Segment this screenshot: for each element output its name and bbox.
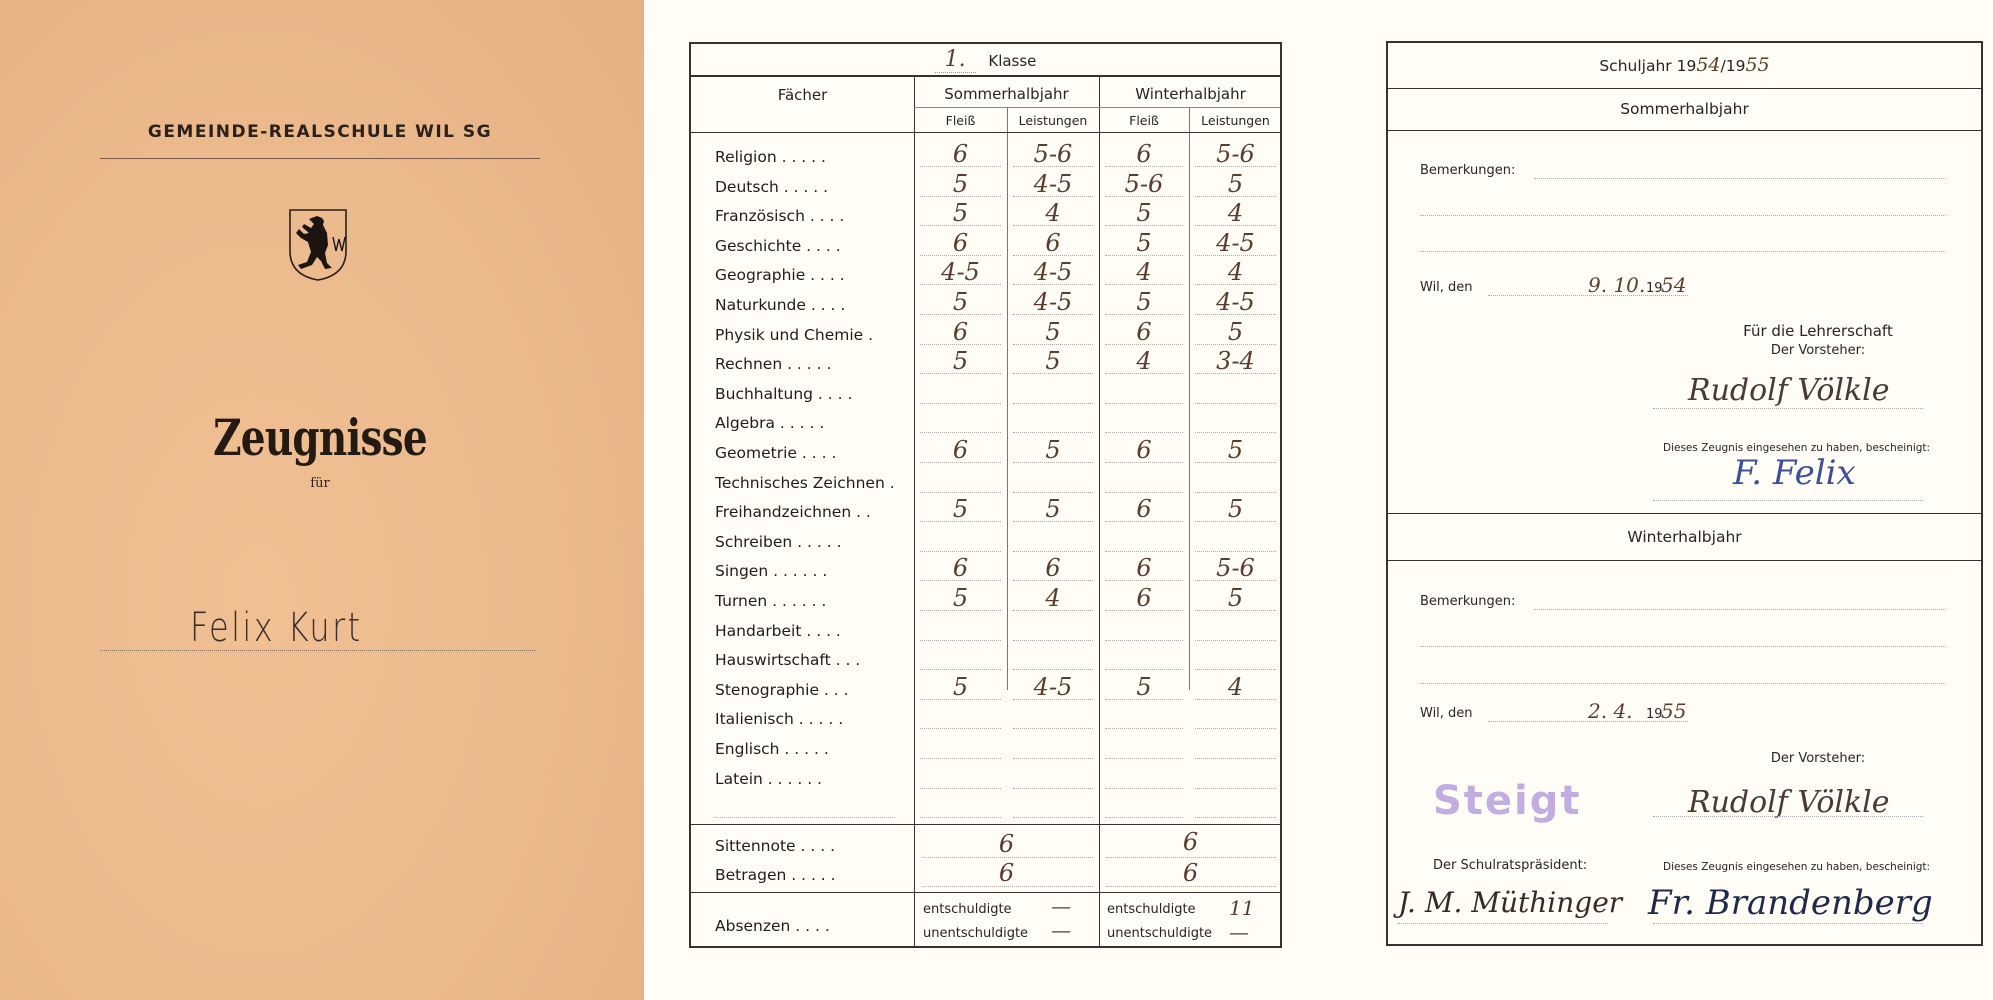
summer-date: 9. 10. (1588, 273, 1645, 297)
dotted-line (1195, 758, 1276, 759)
grade-cell: 4-5 (1007, 290, 1099, 314)
grade-cell: 5 (914, 201, 1007, 225)
dotted-line (1105, 758, 1183, 759)
grade-cell: 5 (1189, 172, 1282, 196)
dotted-line (1195, 492, 1276, 493)
grade-cell: 5 (1099, 201, 1189, 225)
dotted-line (1195, 817, 1276, 818)
grade-sittennote-winter: 6 (1099, 830, 1282, 854)
winter-parent-ack-label: Dieses Zeugnis eingesehen zu haben, besc… (1663, 861, 1930, 873)
winter-unexcused-label: unentschuldigte (1107, 926, 1212, 941)
grade-cell: 5 (914, 675, 1007, 699)
dotted-line (920, 492, 1001, 493)
summer-remarks-line-2 (1420, 215, 1946, 216)
subject-label: Latein . . . . . . (715, 770, 905, 788)
grade-cell: 6 (1007, 556, 1099, 580)
winter-excused-value: 11 (1229, 896, 1254, 920)
summer-principal-signature: Rudolf Völkle (1688, 373, 1890, 408)
report-cover: GEMEINDE-REALSCHULE WIL SG Zeugnisse für… (0, 0, 644, 1000)
grade-cell: 6 (1099, 586, 1189, 610)
winter-excused-label: entschuldigte (1107, 902, 1196, 917)
dotted-line (1013, 492, 1093, 493)
blank-subject-line (715, 817, 895, 818)
subject-label: Geschichte . . . . (715, 237, 905, 255)
promotion-stamp: Steigt (1433, 778, 1582, 824)
class-header: 1. Klasse (691, 44, 1280, 77)
grade-cell: 3-4 (1189, 349, 1282, 373)
grade-cell: 4 (1099, 260, 1189, 284)
subject-label: Physik und Chemie . (715, 326, 905, 344)
grade-cell: 4-5 (1007, 172, 1099, 196)
dotted-line (1106, 857, 1276, 858)
grade-cell: 5 (914, 497, 1007, 521)
grade-cell: 5-6 (1099, 172, 1189, 196)
president-label: Der Schulratspräsident: (1433, 858, 1587, 873)
signature-line (1653, 500, 1923, 501)
summer-performance-header: Leistungen (1007, 113, 1099, 128)
header-subdivider (914, 107, 1280, 108)
winter-header: Winterhalbjahr (1099, 85, 1282, 103)
dotted-line (1013, 551, 1093, 552)
grade-cell: 6 (914, 320, 1007, 344)
grade-cell: 5 (1189, 586, 1282, 610)
dotted-line (1195, 432, 1276, 433)
school-year-end: 55 (1745, 54, 1769, 76)
summer-header: Sommerhalbjahr (914, 85, 1099, 103)
dotted-line (1013, 669, 1093, 670)
summer-effort-header: Fleiß (914, 113, 1007, 128)
subject-label: Turnen . . . . . . (715, 592, 905, 610)
dotted-line (1195, 669, 1276, 670)
subject-label: Schreiben . . . . . (715, 533, 905, 551)
grade-sittennote-summer: 6 (914, 832, 1099, 856)
grade-cell: 5 (1189, 438, 1282, 462)
summer-remarks-line-1 (1534, 178, 1946, 179)
subject-label: Singen . . . . . . (715, 562, 905, 580)
summer-year: 54 (1661, 273, 1686, 297)
dotted-line (1013, 640, 1093, 641)
remarks-page: Schuljahr 1954/1955 Sommerhalbjahr Bemer… (1386, 41, 1983, 946)
class-number: 1. (935, 47, 976, 73)
dotted-line (1105, 432, 1183, 433)
grade-cell: 4-5 (1189, 231, 1282, 255)
winter-remarks-line-1 (1534, 609, 1946, 610)
dotted-line (1195, 551, 1276, 552)
dotted-line (1013, 758, 1093, 759)
subject-label: Stenographie . . . (715, 681, 905, 699)
summer-place-label: Wil, den (1420, 280, 1473, 295)
winter-heading: Winterhalbjahr (1388, 528, 1981, 546)
grade-cell: 4-5 (914, 260, 1007, 284)
summer-excused-label: entschuldigte (923, 902, 1012, 917)
summer-remarks-label: Bemerkungen: (1420, 163, 1515, 178)
dotted-line (1105, 403, 1183, 404)
grade-cell: 6 (1099, 142, 1189, 166)
dotted-line (1105, 728, 1183, 729)
grade-cell: 5 (1099, 231, 1189, 255)
grade-cell: 4-5 (1007, 260, 1099, 284)
subject-label: Freihandzeichnen . . (715, 503, 905, 521)
header-bottom-line (691, 132, 1280, 133)
subject-label: Französisch . . . . (715, 207, 905, 225)
school-year-mid: /19 (1721, 57, 1746, 75)
summer-excused-value: — (1051, 894, 1071, 918)
grade-cell: 5 (914, 172, 1007, 196)
grade-cell: 5 (914, 290, 1007, 314)
subjects-header: Fächer (691, 86, 914, 104)
grade-cell: 4-5 (1007, 675, 1099, 699)
subject-label: Naturkunde . . . . (715, 296, 905, 314)
name-dotted-line (100, 650, 535, 651)
grade-cell: 5 (1189, 320, 1282, 344)
grade-cell: 6 (1099, 320, 1189, 344)
dotted-line (920, 728, 1001, 729)
dotted-line (1195, 728, 1276, 729)
dotted-line (1195, 788, 1276, 789)
divider-line (1388, 130, 1981, 131)
dotted-line (1013, 817, 1093, 818)
winter-principal-signature: Rudolf Völkle (1688, 785, 1890, 820)
summer-unexcused-label: unentschuldigte (923, 926, 1028, 941)
grade-betragen-summer: 6 (914, 861, 1099, 885)
dotted-line (1195, 640, 1276, 641)
grade-cell: 5 (1189, 497, 1282, 521)
school-name: GEMEINDE-REALSCHULE WIL SG (100, 122, 540, 142)
grade-cell: 6 (1099, 556, 1189, 580)
grade-cell: 4-5 (1189, 290, 1282, 314)
summer-heading: Sommerhalbjahr (1388, 100, 1981, 118)
subject-label: Technisches Zeichnen . (715, 474, 905, 492)
grade-cell: 6 (914, 231, 1007, 255)
grade-betragen-winter: 6 (1099, 861, 1282, 885)
grade-cell: 5-6 (1189, 556, 1282, 580)
grade-cell: 4 (1189, 260, 1282, 284)
absences-top-line (691, 892, 1280, 893)
dotted-line (1105, 669, 1183, 670)
winter-performance-header: Leistungen (1189, 113, 1282, 128)
grade-cell: 6 (914, 142, 1007, 166)
winter-place-label: Wil, den (1420, 706, 1473, 721)
dotted-line (920, 640, 1001, 641)
subject-label: Englisch . . . . . (715, 740, 905, 758)
dotted-line (920, 758, 1001, 759)
grade-cell: 5 (914, 586, 1007, 610)
dotted-line (920, 432, 1001, 433)
dotted-line (1105, 788, 1183, 789)
signature-line (1398, 923, 1608, 924)
grades-table: 1. Klasse Fächer Sommerhalbjahr Winterha… (689, 42, 1282, 948)
winter-remarks-line-2 (1420, 646, 1946, 647)
dotted-line (1195, 403, 1276, 404)
dotted-line (1013, 432, 1093, 433)
winter-parent-signature: Fr. Brandenberg (1648, 883, 1933, 923)
winter-remarks-label: Bemerkungen: (1420, 594, 1515, 609)
subject-label: Italienisch . . . . . (715, 710, 905, 728)
subject-label: Hauswirtschaft . . . (715, 651, 905, 669)
dotted-line (1013, 788, 1093, 789)
grade-cell: 5 (914, 349, 1007, 373)
divider-line (1388, 560, 1981, 561)
dotted-line (1013, 403, 1093, 404)
school-year-start: 54 (1696, 54, 1720, 76)
student-name: Felix Kurt (190, 605, 363, 651)
winter-principal-label: Der Vorsteher: (1718, 751, 1918, 766)
dotted-line (1105, 640, 1183, 641)
grade-cell: 5 (1007, 320, 1099, 344)
subject-label: Deutsch . . . . . (715, 178, 905, 196)
bear-coat-of-arms-icon (287, 207, 349, 283)
summer-parent-signature: F. Felix (1733, 453, 1856, 493)
dotted-line (920, 551, 1001, 552)
summer-remarks-line-3 (1420, 251, 1946, 252)
dotted-line (1105, 492, 1183, 493)
winter-effort-header: Fleiß (1099, 113, 1189, 128)
grade-cell: 6 (1099, 438, 1189, 462)
conduct-subject-sittennote: Sittennote . . . . (715, 837, 905, 855)
cover-title: Zeugnisse (148, 408, 491, 467)
subject-label: Religion . . . . . (715, 148, 905, 166)
dotted-line (1105, 551, 1183, 552)
president-signature: J. M. Müthinger (1398, 886, 1622, 919)
grade-cell: 5-6 (1007, 142, 1099, 166)
dotted-line (920, 669, 1001, 670)
winter-unexcused-value: — (1229, 920, 1249, 944)
divider-line (1388, 88, 1981, 89)
dotted-line (920, 788, 1001, 789)
winter-date: 2. 4. (1588, 699, 1633, 723)
dotted-line (920, 403, 1001, 404)
winter-remarks-line-3 (1420, 683, 1946, 684)
subject-label: Geometrie . . . . (715, 444, 905, 462)
subject-label: Handarbeit . . . . (715, 622, 905, 640)
signature-line (1653, 923, 1923, 924)
conduct-top-line (691, 824, 1280, 825)
grade-cell: 4 (1189, 675, 1282, 699)
cover-divider (100, 158, 540, 159)
winter-year: 55 (1661, 699, 1686, 723)
subject-label: Geographie . . . . (715, 266, 905, 284)
grade-cell: 6 (914, 556, 1007, 580)
grade-cell: 6 (914, 438, 1007, 462)
school-year-prefix: Schuljahr 19 (1599, 57, 1696, 75)
teachers-label: Für die Lehrerschaft (1718, 322, 1918, 340)
grade-cell: 4 (1007, 201, 1099, 225)
grade-cell: 5 (1099, 290, 1189, 314)
dotted-line (1013, 728, 1093, 729)
divider-line (1388, 513, 1981, 514)
absences-label: Absenzen . . . . (715, 917, 905, 935)
signature-line (1653, 408, 1923, 409)
subject-label: Rechnen . . . . . (715, 355, 905, 373)
subject-label: Buchhaltung . . . . (715, 385, 905, 403)
grade-cell: 5 (1007, 349, 1099, 373)
dotted-line (920, 817, 1001, 818)
grade-cell: 5 (1007, 438, 1099, 462)
grade-cell: 6 (1099, 497, 1189, 521)
grade-cell: 4 (1007, 586, 1099, 610)
grade-cell: 4 (1099, 349, 1189, 373)
for-label: für (100, 476, 540, 491)
subject-label: Algebra . . . . . (715, 414, 905, 432)
summer-unexcused-value: — (1051, 918, 1071, 942)
conduct-subject-betragen: Betragen . . . . . (715, 866, 905, 884)
summer-principal-label: Der Vorsteher: (1718, 343, 1918, 358)
grade-cell: 5 (1007, 497, 1099, 521)
grade-cell: 6 (1007, 231, 1099, 255)
grade-cell: 5-6 (1189, 142, 1282, 166)
grade-cell: 5 (1099, 675, 1189, 699)
grade-cell: 4 (1189, 201, 1282, 225)
class-label: Klasse (988, 52, 1036, 70)
signature-line (1653, 816, 1923, 817)
dotted-line (1105, 817, 1183, 818)
school-year: Schuljahr 1954/1955 (1388, 54, 1981, 76)
